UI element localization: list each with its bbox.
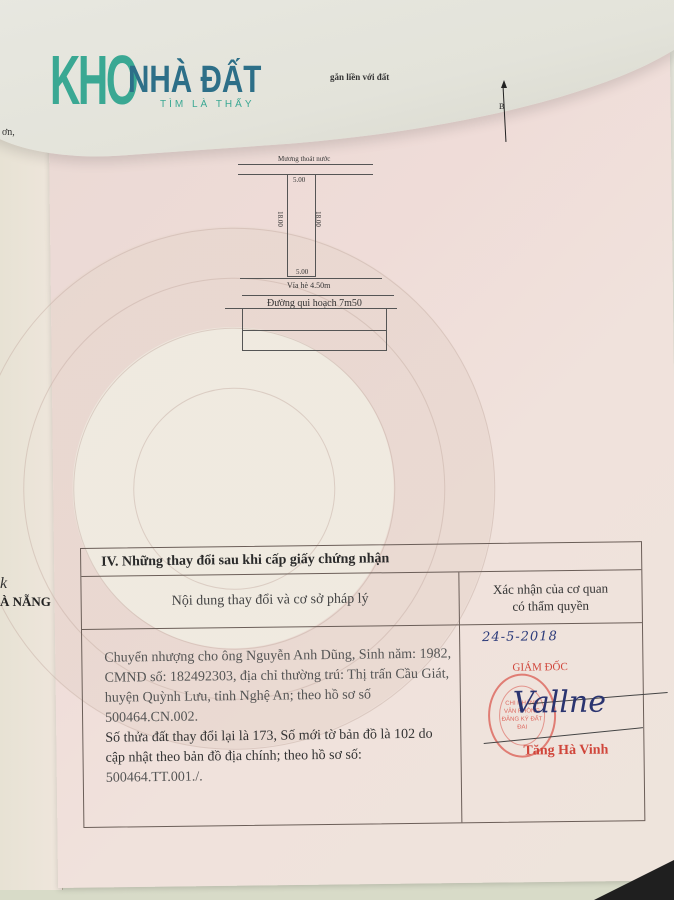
sidewalk-label: Vỉa hè 4.50m — [287, 281, 330, 290]
plot-right-length: 18.00 — [314, 211, 322, 227]
confirmation-date: 24-5-2018 — [482, 629, 558, 645]
brand-watermark: KHO NHÀ ĐẤT TÌM LÀ THẤY — [50, 50, 299, 110]
sketch-line — [242, 295, 394, 296]
plot-left-edge — [287, 174, 288, 276]
sketch-line — [225, 308, 397, 309]
content-line: 500464.TT.001./. — [106, 764, 466, 788]
plot-bottom-width: 5.00 — [296, 268, 308, 276]
sketch-top-label: Mương thoát nước — [278, 155, 330, 163]
plot-bottom-edge — [287, 276, 316, 277]
left-page-handwriting: k — [0, 575, 7, 593]
plot-sketch: Mương thoát nước 5.00 18.00 18.00 5.00 V… — [220, 150, 420, 360]
confirm-header-line1: Xác nhận của cơ quan — [493, 580, 608, 598]
plot-left-length: 18.00 — [276, 211, 284, 227]
confirm-column-header: Xác nhận của cơ quan có thẩm quyền — [459, 570, 642, 625]
sketch-line — [386, 308, 387, 351]
sketch-line — [240, 278, 382, 279]
left-page-city-fragment: À NẴNG — [0, 594, 51, 610]
plot-top-width: 5.00 — [293, 176, 305, 184]
north-arrow-icon: B — [500, 80, 510, 142]
sketch-line — [238, 164, 373, 165]
changes-table: IV. Những thay đổi sau khi cấp giấy chứn… — [80, 541, 645, 828]
north-arrow-label: B — [499, 102, 504, 111]
signer-role: GIÁM ĐỐC — [512, 661, 567, 674]
sketch-line — [238, 174, 373, 175]
sketch-line — [242, 350, 387, 351]
sketch-line — [242, 308, 243, 351]
signature: Vallne — [513, 685, 606, 721]
confirm-header-line2: có thẩm quyền — [493, 597, 608, 615]
watermark-nha-dat: NHÀ ĐẤT — [128, 61, 261, 99]
content-column-header: Nội dung thay đổi và cơ sở pháp lý — [81, 572, 459, 630]
section-heading-fragment: gắn liền với đất — [330, 72, 389, 82]
sketch-line — [242, 330, 387, 331]
watermark-kho: KHO — [50, 50, 104, 110]
change-content: Chuyển nhượng cho ông Nguyễn Anh Dũng, S… — [104, 644, 466, 788]
left-page-text-fragment: ơn, — [2, 127, 15, 138]
signer-name: Tăng Hà Vinh — [523, 743, 608, 760]
dark-corner-shadow — [594, 860, 674, 900]
